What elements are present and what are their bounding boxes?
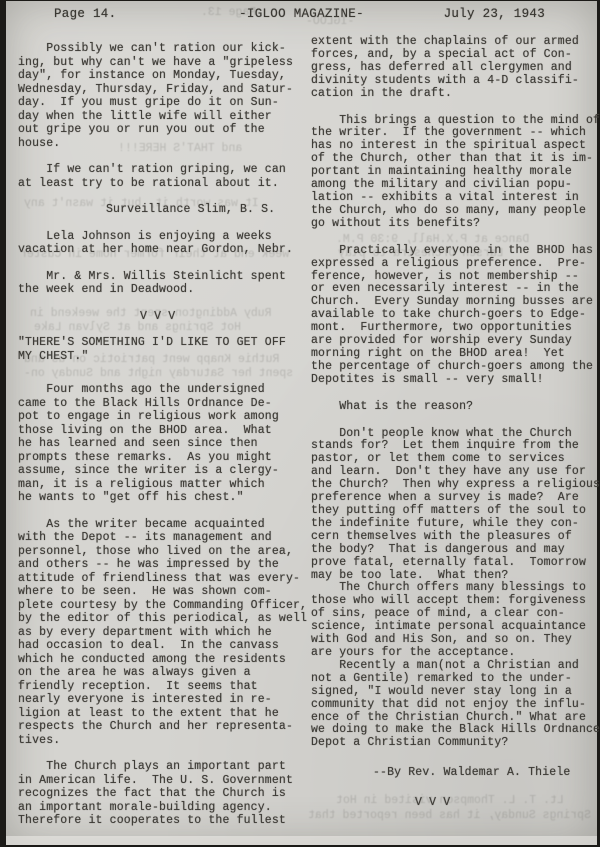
paragraph-four-months: Four months ago the undersigned came to …: [18, 383, 310, 505]
paragraph-gripeless-day: Possibly we can't ration our kick- ing, …: [18, 42, 310, 150]
paragraph-acquainted: As the writer became acquainted with the…: [18, 518, 310, 748]
paragraph-church-plays: The Church plays an important part in Am…: [18, 760, 310, 828]
paragraph-chaplains: extent with the chaplains of our armed f…: [311, 36, 600, 101]
page-number: Page 14.: [54, 7, 116, 21]
scan-artifact-strip: [6, 836, 597, 845]
bleed-through-text: -IGLOO-: [306, 15, 354, 29]
paragraph-dont-people: Don't people know what the Church stands…: [311, 428, 600, 751]
left-column: Possibly we can't ration our kick- ing, …: [18, 42, 310, 841]
byline: --By Rev. Waldemar A. Thiele: [311, 767, 600, 780]
section-separator: V V V: [311, 797, 600, 810]
paragraph-lela-johnson: Lela Johnson is enjoying a weeks vacatio…: [18, 230, 310, 257]
right-column: extent with the chaplains of our armed f…: [311, 36, 600, 824]
issue-date: July 23, 1943: [444, 7, 545, 21]
paragraph-be-rational: If we can't ration griping, we can at le…: [18, 163, 310, 190]
paragraph-practically: Practically everyone in the BHOD has exp…: [311, 245, 600, 387]
section-separator: V V V: [18, 310, 310, 324]
bleed-through-text: Page 13.: [201, 6, 256, 20]
article-heading: "THERE'S SOMETHING I'D LIKE TO GET OFF M…: [18, 336, 310, 363]
paragraph-question: This brings a question to the mind of th…: [311, 115, 600, 231]
signature-line: Surveillance Slim, B. S.: [18, 203, 310, 217]
paragraph-steinlicht: Mr. & Mrs. Willis Steinlicht spent the w…: [18, 270, 310, 297]
paragraph-what-reason: What is the reason?: [311, 401, 600, 414]
scanned-magazine-page: Page 14. -IGLOO MAGAZINE- July 23, 1943 …: [6, 1, 597, 845]
